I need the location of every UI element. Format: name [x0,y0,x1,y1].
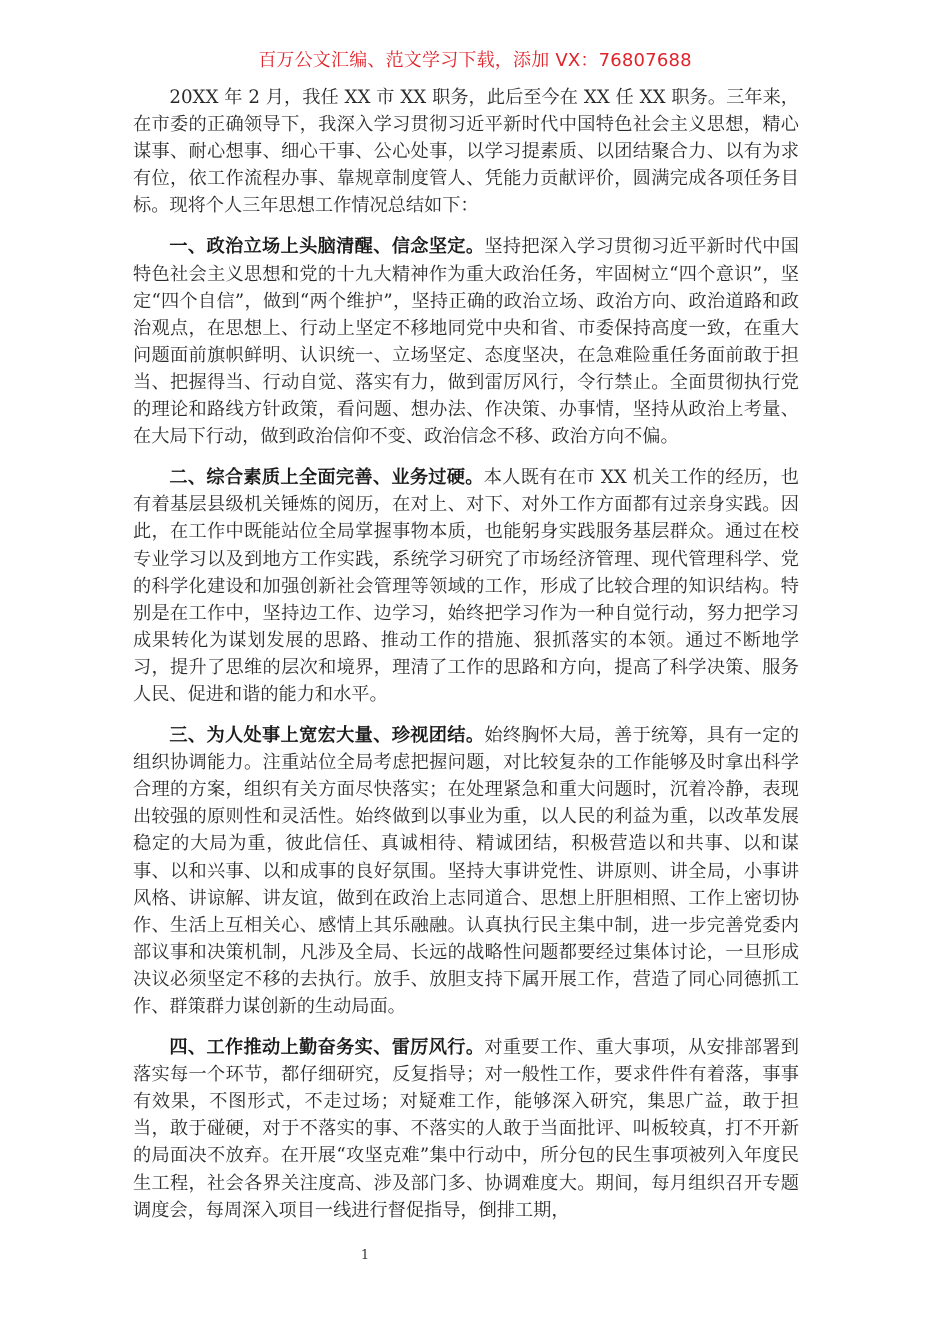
section-2-heading: 二、综合素质上全面完善、业务过硬。 [169,467,483,488]
section-2-text: 本人既有在市 XX 机关工作的经历，也有着基层县级机关锤炼的阅历，在对上、对下、… [133,467,799,705]
section-3-paragraph: 三、为人处事上宽宏大量、珍视团结。始终胸怀大局，善于统筹，具有一定的组织协调能力… [133,722,799,1020]
paragraph-text: 20XX 年 2 月，我任 XX 市 XX 职务，此后至今在 XX 任 XX 职… [133,87,799,216]
section-3-text: 始终胸怀大局，善于统筹，具有一定的组织协调能力。注重站位全局考虑把握问题，对比较… [133,725,799,1017]
document-body: 20XX 年 2 月，我任 XX 市 XX 职务，此后至今在 XX 任 XX 职… [133,84,799,1238]
section-4-text: 对重要工作、重大事项，从安排部署到落实每一个环节，都仔细研究，反复指导；对一般性… [133,1037,799,1221]
section-4-paragraph: 四、工作推动上勤奋务实、雷厉风行。对重要工作、重大事项，从安排部署到落实每一个环… [133,1034,799,1224]
section-4-heading: 四、工作推动上勤奋务实、雷厉风行。 [169,1037,484,1058]
section-3-heading: 三、为人处事上宽宏大量、珍视团结。 [169,725,484,746]
section-2-paragraph: 二、综合素质上全面完善、业务过硬。本人既有在市 XX 机关工作的经历，也有着基层… [133,464,799,708]
intro-paragraph: 20XX 年 2 月，我任 XX 市 XX 职务，此后至今在 XX 任 XX 职… [133,84,799,219]
promo-banner: 百万公文汇编、范文学习下载，添加 VX：76807688 [0,46,950,72]
section-1-text: 坚持把深入学习贯彻习近平新时代中国特色社会主义思想和党的十九大精神作为重大政治任… [133,236,799,447]
section-1-paragraph: 一、政治立场上头脑清醒、信念坚定。坚持把深入学习贯彻习近平新时代中国特色社会主义… [133,233,799,450]
section-1-heading: 一、政治立场上头脑清醒、信念坚定。 [169,236,484,257]
page-number: 1 [0,1248,730,1263]
